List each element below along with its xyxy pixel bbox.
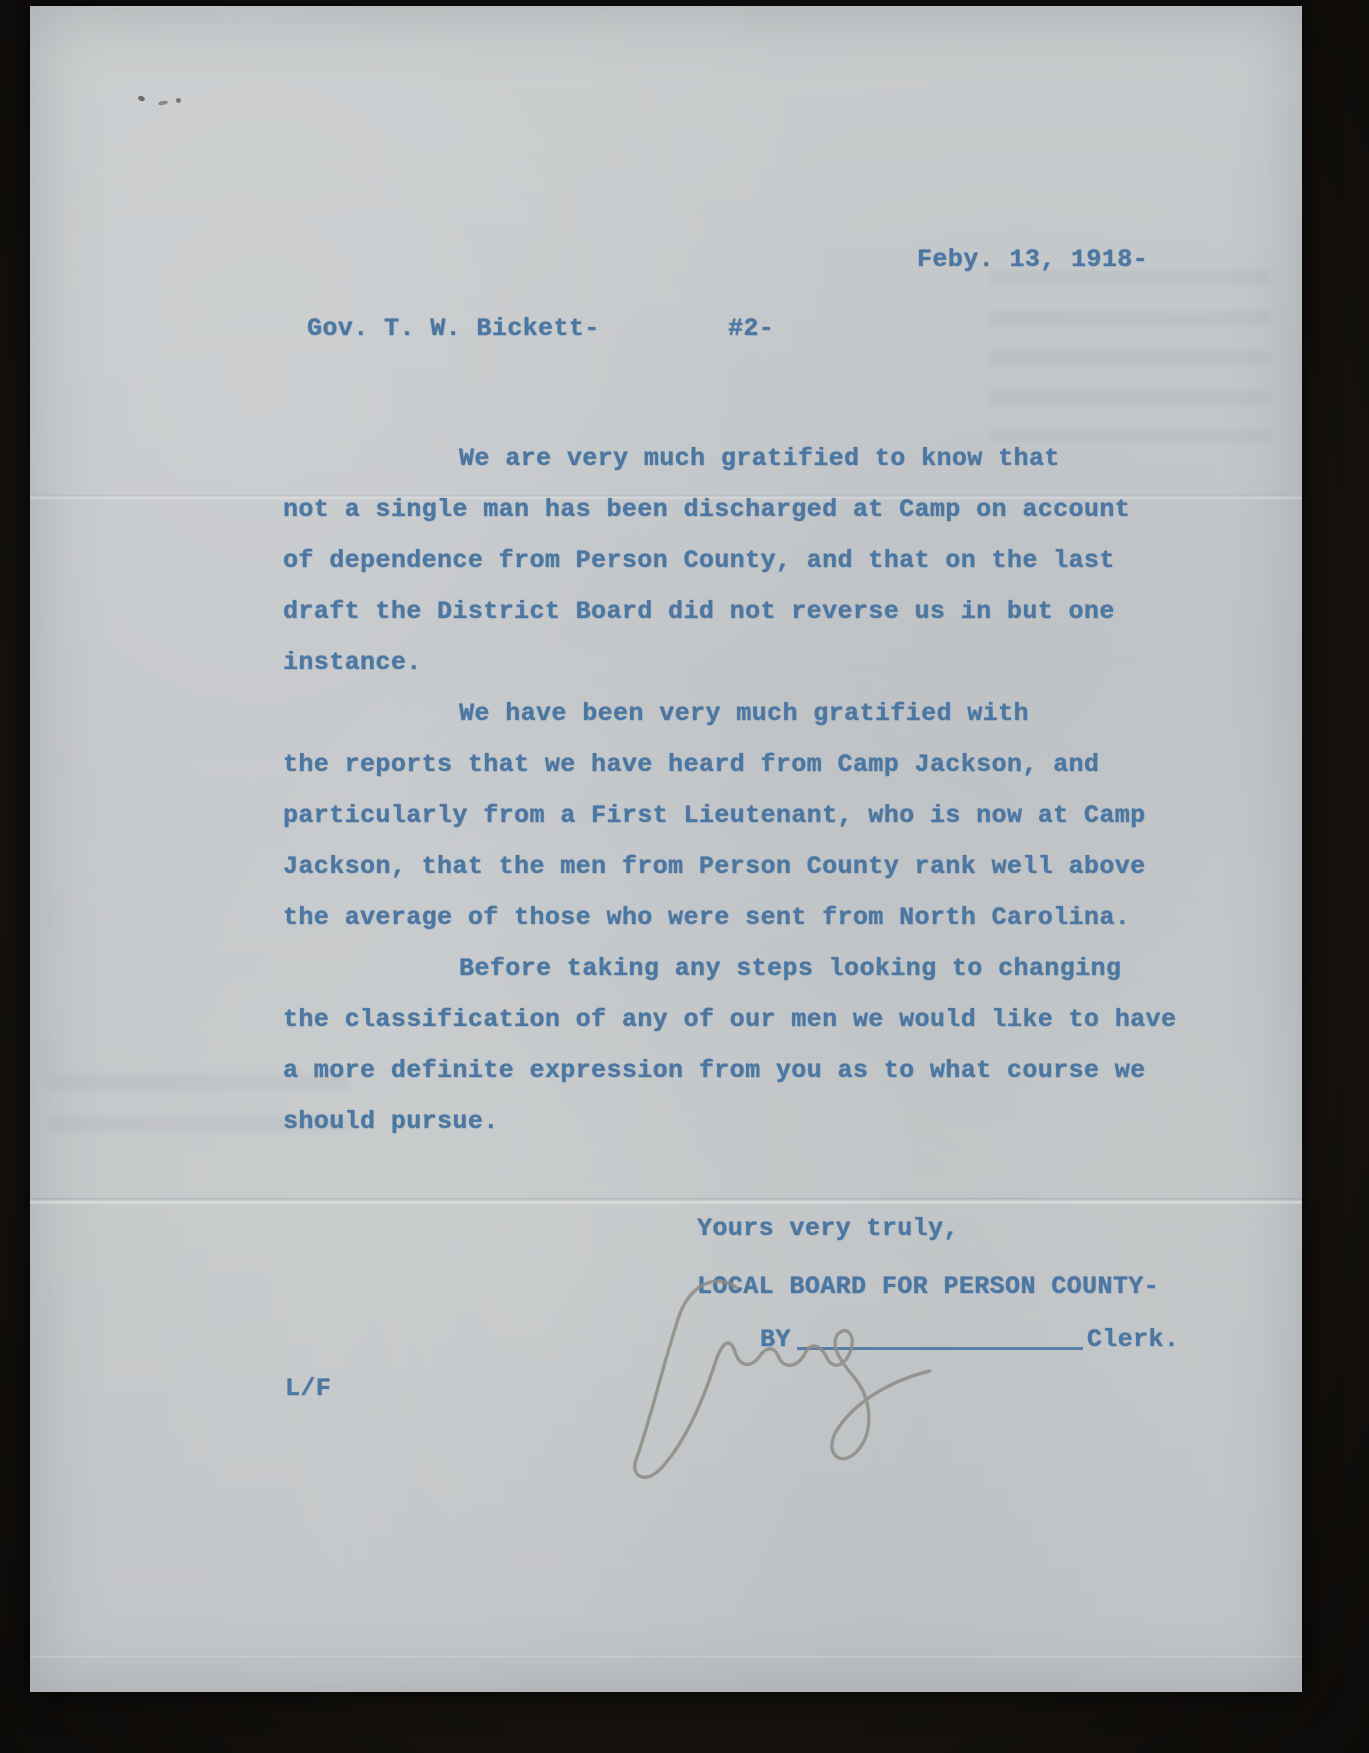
paper-speck xyxy=(158,100,169,106)
paper-speck xyxy=(176,98,181,103)
body-line: Before taking any steps looking to chang… xyxy=(283,943,1176,994)
clerk-title: Clerk. xyxy=(1087,1325,1179,1354)
scan-background: Feby. 13, 1918- Gov. T. W. Bickett- #2- … xyxy=(0,0,1369,1753)
paper-speck xyxy=(137,95,145,102)
date-line: Feby. 13, 1918- xyxy=(917,234,1148,285)
recipient-line: Gov. T. W. Bickett- xyxy=(307,303,600,354)
body-line: the classification of any of our men we … xyxy=(283,994,1176,1045)
body-line: We are very much gratified to know that xyxy=(283,433,1176,484)
body-line: the reports that we have heard from Camp… xyxy=(283,739,1176,790)
body-line: draft the District Board did not reverse… xyxy=(283,586,1176,637)
reference-initials: L/F xyxy=(285,1363,331,1414)
letter-body: We are very much gratified to know thatn… xyxy=(283,433,1176,1147)
fold-crease-middle xyxy=(30,1198,1302,1205)
body-line: particularly from a First Lieutenant, wh… xyxy=(283,790,1176,841)
letter-page: Feby. 13, 1918- Gov. T. W. Bickett- #2- … xyxy=(30,6,1302,1692)
body-line: We have been very much gratified with xyxy=(283,688,1176,739)
body-line: Jackson, that the men from Person County… xyxy=(283,841,1176,892)
closing-valediction: Yours very truly, xyxy=(697,1203,959,1254)
fold-crease-bottom xyxy=(30,1654,1302,1658)
body-line: the average of those who were sent from … xyxy=(283,892,1176,943)
page-number: #2- xyxy=(728,303,774,354)
body-line: should pursue. xyxy=(283,1096,1176,1147)
ink-bleed-ghost xyxy=(990,271,1270,441)
body-line: instance. xyxy=(283,637,1176,688)
body-line: a more definite expression from you as t… xyxy=(283,1045,1176,1096)
clerk-signature-icon xyxy=(616,1262,954,1499)
body-line: of dependence from Person County, and th… xyxy=(283,535,1176,586)
body-line: not a single man has been discharged at … xyxy=(283,484,1176,535)
